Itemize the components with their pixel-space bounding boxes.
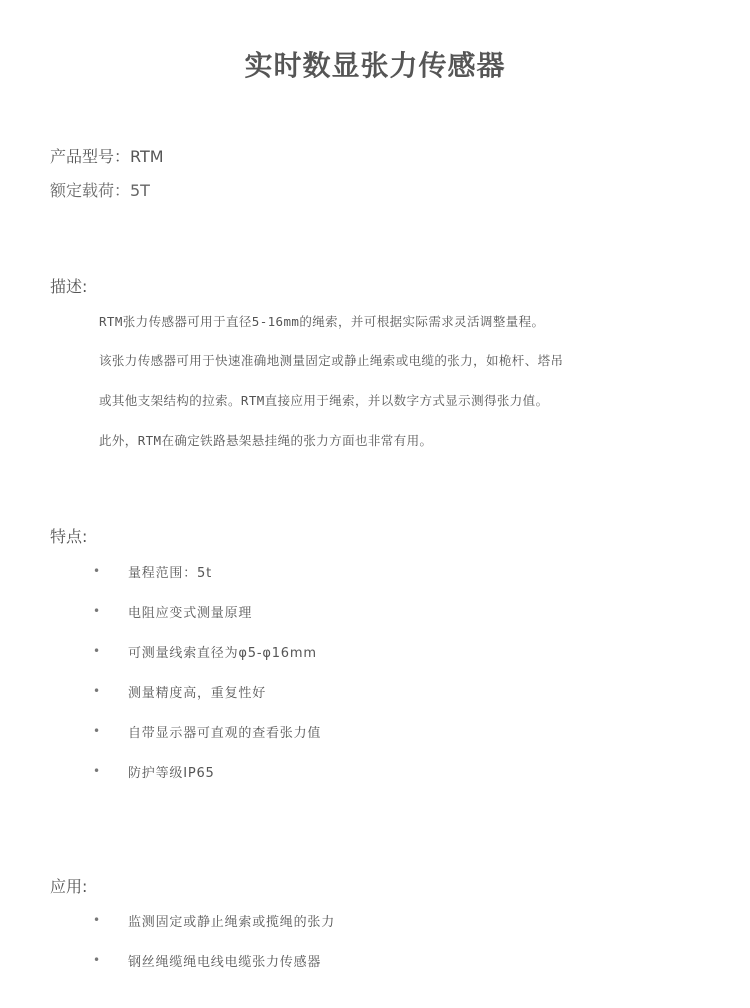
bullet-icon: • — [90, 764, 128, 778]
application-item: • 监测固定或静止绳索或揽绳的张力 — [90, 910, 335, 930]
bullet-icon: • — [90, 644, 128, 658]
application-item: • 钢丝绳缆绳电线电缆张力传感器 — [90, 950, 321, 970]
description-heading: 描述: — [50, 274, 87, 297]
product-model: 产品型号：RTM — [50, 144, 164, 167]
application-text: 钢丝绳缆绳电线电缆张力传感器 — [128, 951, 321, 970]
feature-item: • 量程范围：5t — [90, 561, 212, 581]
feature-text: 量程范围：5t — [128, 562, 212, 581]
bullet-icon: • — [90, 684, 128, 698]
feature-text: 电阻应变式测量原理 — [128, 602, 252, 621]
applications-heading: 应用: — [50, 874, 87, 897]
bullet-icon: • — [90, 913, 128, 927]
feature-text: 防护等级IP65 — [128, 762, 215, 781]
feature-text: 测量精度高，重复性好 — [128, 682, 266, 701]
application-text: 监测固定或静止绳索或揽绳的张力 — [128, 911, 335, 930]
feature-item: • 自带显示器可直观的查看张力值 — [90, 721, 321, 741]
bullet-icon: • — [90, 604, 128, 618]
description-paragraph: RTM张力传感器可用于直径5-16mm的绳索，并可根据实际需求灵活调整量程。 — [99, 312, 544, 330]
rated-load: 额定载荷：5T — [50, 178, 150, 201]
page-title: 实时数显张力传感器 — [0, 44, 750, 84]
feature-item: • 测量精度高，重复性好 — [90, 681, 266, 701]
feature-item: • 防护等级IP65 — [90, 761, 215, 781]
description-paragraph: 或其他支架结构的拉索。RTM直接应用于绳索，并以数字方式显示测得张力值。 — [99, 391, 548, 409]
feature-text: 可测量线索直径为φ5-φ16mm — [128, 642, 317, 661]
bullet-icon: • — [90, 564, 128, 578]
description-paragraph: 此外，RTM在确定铁路悬架悬挂绳的张力方面也非常有用。 — [99, 431, 432, 449]
feature-item: • 电阻应变式测量原理 — [90, 601, 252, 621]
description-paragraph: 该张力传感器可用于快速准确地测量固定或静止绳索或电缆的张力，如桅杆、塔吊 — [99, 351, 563, 369]
bullet-icon: • — [90, 724, 128, 738]
feature-item: • 可测量线索直径为φ5-φ16mm — [90, 641, 317, 661]
bullet-icon: • — [90, 953, 128, 967]
feature-text: 自带显示器可直观的查看张力值 — [128, 722, 321, 741]
features-heading: 特点: — [50, 524, 87, 547]
